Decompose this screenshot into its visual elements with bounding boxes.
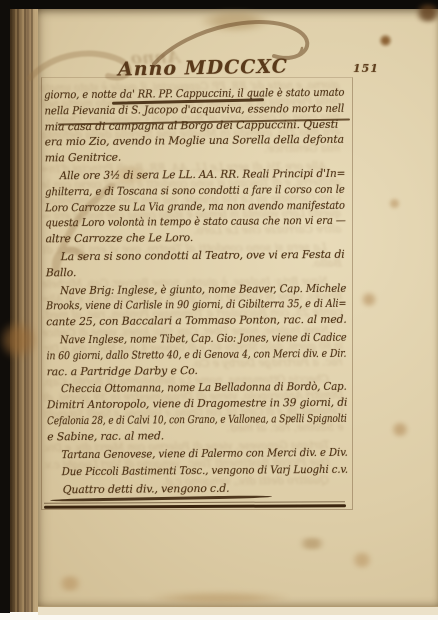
manuscript-scan: Anno Anno MDCCXC 151 giorno, e notte da'… (0, 0, 438, 620)
manuscript-line: Due Piccoli Bastimenti Tosc., vengono di… (48, 462, 330, 480)
foxing-spot (0, 318, 36, 362)
manuscript-text: giorno, e notte da' RR. PP. Cappuccini, … (44, 85, 348, 499)
foxing-spot (56, 576, 84, 591)
year-title: Anno MDCCXC (118, 56, 288, 81)
foxing-spot (388, 198, 401, 209)
foxing-spot (378, 34, 393, 47)
manuscript-line: e Sabine, rac. al med. (47, 426, 347, 444)
manuscript-line: altre Carrozze che Le Loro. (45, 229, 345, 247)
book-spine (10, 9, 38, 612)
manuscript-line: rac. a Partridge Darby e Co. (47, 361, 347, 379)
manuscript-line: nella Pievania di S. Jacopo d'acquaviva,… (44, 101, 327, 119)
scan-left-edge (0, 0, 10, 613)
manuscript-line: cante 25, con Baccalari a Tommaso Ponton… (46, 312, 345, 330)
foxing-spot (150, 592, 290, 604)
foxing-spot (350, 552, 374, 568)
manuscript-line: Tartana Genovese, viene di Palermo con M… (47, 444, 328, 462)
manuscript-line: La sera si sono condotti al Teatro, ove … (46, 247, 346, 265)
foxing-spot (390, 422, 410, 437)
manuscript-line: Cefalonia 28, e di Calvi 10, con Grano, … (47, 411, 294, 429)
manuscript-line: mia Genitrice. (45, 148, 345, 166)
manuscript-line: era mio Zio, avendo in Moglie una Sorell… (45, 132, 345, 150)
foxing-spot (295, 538, 329, 549)
manuscript-line: in 60 giorni, dallo Stretto 40, e di Gen… (46, 346, 305, 364)
scan-top-edge (0, 0, 438, 9)
manuscript-line: questa Loro volontà in tempo è stato cau… (45, 213, 322, 231)
foxing-spot (360, 292, 378, 307)
page-bottom-edge (38, 606, 438, 615)
manuscript-line: Dimitri Antoropolo, viene di Dragomestre… (47, 395, 341, 413)
page-number: 151 (353, 62, 379, 75)
foxing-spot (414, 4, 438, 22)
manuscript-line: Ballo. (46, 262, 346, 280)
